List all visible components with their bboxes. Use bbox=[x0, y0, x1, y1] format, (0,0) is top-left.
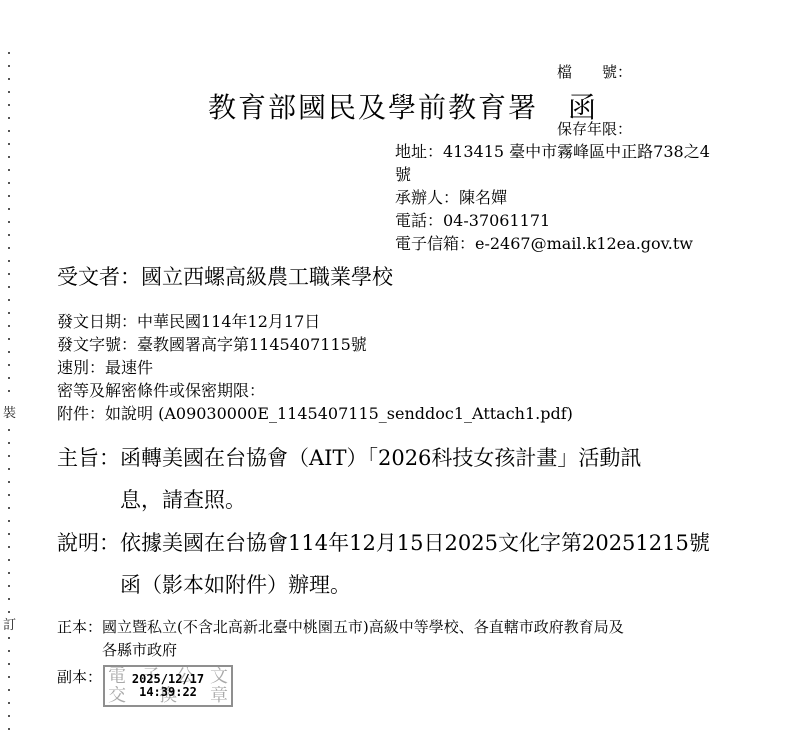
sender-phone: 電話：04-37061171 bbox=[395, 209, 710, 232]
original-copy-label: 正本： bbox=[57, 616, 102, 639]
stamp-timestamp: 2025/12/17 14:39:22 bbox=[105, 667, 231, 705]
original-copy-content: 國立暨私立(不含北高新北臺中桃園五市)高級中等學校、各直轄市政府教育局及 各縣市… bbox=[102, 616, 624, 662]
binding-mark-ding: 訂 bbox=[1, 615, 18, 636]
meta-priority: 速別：最速件 bbox=[57, 356, 573, 379]
carbon-copy-label: 副本： bbox=[57, 666, 102, 689]
doc-meta: 發文日期：中華民國114年12月17日 發文字號：臺教國署高字第11454071… bbox=[57, 310, 573, 425]
subject-line: 息，請查照。 bbox=[120, 479, 641, 521]
recipient-line: 受文者：國立西螺高級農工職業學校 bbox=[57, 261, 393, 291]
original-copy-line: 國立暨私立(不含北高新北臺中桃園五市)高級中等學校、各直轄市政府教育局及 bbox=[102, 616, 624, 639]
binding-mark-zhuang: 裝 bbox=[1, 403, 18, 424]
subject-label: 主旨： bbox=[57, 437, 120, 479]
meta-issue-date: 發文日期：中華民國114年12月17日 bbox=[57, 310, 573, 333]
explanation-label: 說明： bbox=[57, 522, 120, 564]
original-copy-block: 正本： 國立暨私立(不含北高新北臺中桃園五市)高級中等學校、各直轄市政府教育局及… bbox=[57, 616, 624, 662]
subject-content: 函轉美國在台協會（AIT）「2026科技女孩計畫」活動訊 息，請查照。 bbox=[120, 437, 641, 521]
subject-block: 主旨： 函轉美國在台協會（AIT）「2026科技女孩計畫」活動訊 息，請查照。 bbox=[57, 437, 641, 521]
sender-info: 地址：413415 臺中市霧峰區中正路738之4 號 承辦人：陳名嬋 電話：04… bbox=[395, 140, 710, 255]
explanation-line: 函（影本如附件）辦理。 bbox=[120, 564, 710, 606]
stamp-time: 14:39:22 bbox=[139, 686, 197, 699]
original-copy-line: 各縣市政府 bbox=[102, 639, 624, 662]
carbon-copy-block: 副本： bbox=[57, 666, 102, 689]
sender-address-line: 地址：413415 臺中市霧峰區中正路738之4 bbox=[395, 140, 710, 163]
meta-attachment: 附件：如說明 (A09030000E_1145407115_senddoc1_A… bbox=[57, 402, 573, 425]
explanation-block: 說明： 依據美國在台協會114年12月15日2025文化字第20251215號 … bbox=[57, 522, 710, 606]
meta-security: 密等及解密條件或保密期限： bbox=[57, 379, 573, 402]
meta-doc-number: 發文字號：臺教國署高字第1145407115號 bbox=[57, 333, 573, 356]
explanation-line: 依據美國在台協會114年12月15日2025文化字第20251215號 bbox=[120, 522, 710, 564]
e-doc-exchange-stamp: 電子公文 交換章 2025/12/17 14:39:22 bbox=[103, 665, 233, 707]
official-letter-page: 裝 訂 檔 號： 保存年限： 教育部國民及學前教育署 函 地址：413415 臺… bbox=[0, 0, 806, 732]
sender-contact-person: 承辦人：陳名嬋 bbox=[395, 186, 710, 209]
sender-address-wrap: 號 bbox=[395, 163, 710, 186]
sender-email: 電子信箱：e-2467@mail.k12ea.gov.tw bbox=[395, 232, 710, 255]
document-title: 教育部國民及學前教育署 函 bbox=[0, 86, 806, 126]
subject-line: 函轉美國在台協會（AIT）「2026科技女孩計畫」活動訊 bbox=[120, 437, 641, 479]
file-no-label: 檔 號： bbox=[557, 63, 632, 82]
explanation-content: 依據美國在台協會114年12月15日2025文化字第20251215號 函（影本… bbox=[120, 522, 710, 606]
